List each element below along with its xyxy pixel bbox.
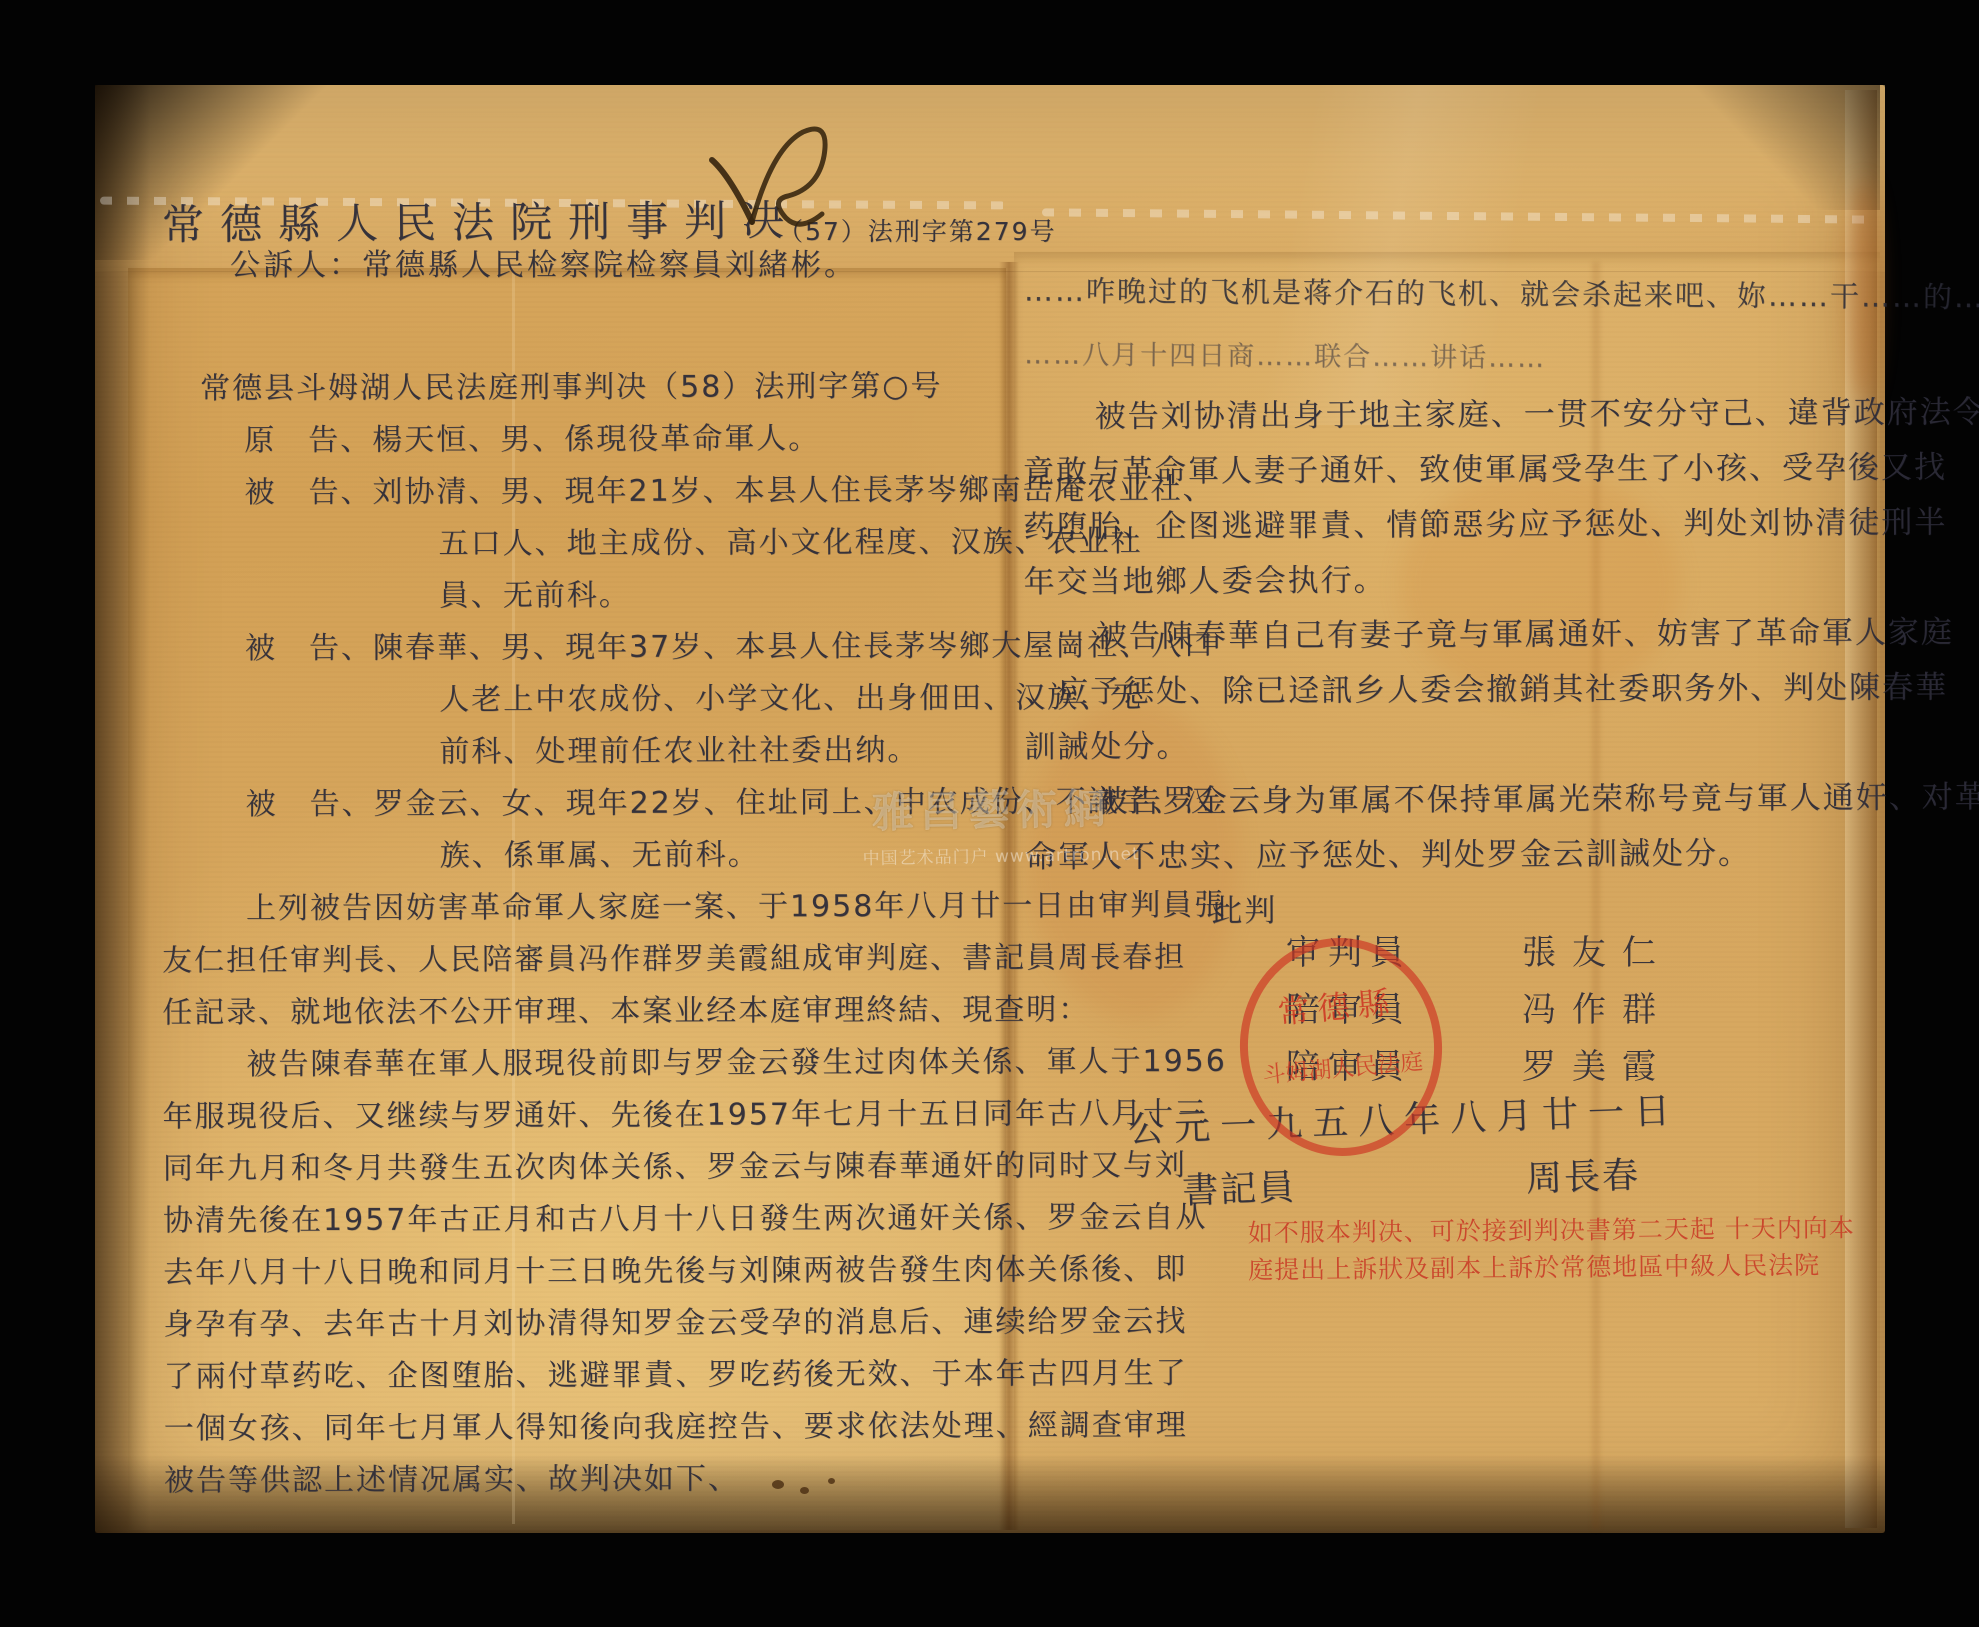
right-page-body: 被告刘协清出身于地主家庭、一贯不安分守己、違背政府法令、 竟敢与革命軍人妻子通奸…: [1023, 386, 1886, 940]
signature-name: 冯作群: [1522, 982, 1672, 1039]
handwritten-line: 訓誡处分。: [1024, 716, 1884, 776]
handwritten-line: 药堕胎、企图逃避罪責、情節惡劣应予惩处、判处刘协清徒刑半: [1023, 496, 1883, 556]
handwritten-line: 常德县斗姆湖人民法庭刑事判决（58）法刑字第○号: [160, 360, 1022, 415]
handwritten-line: 身孕有孕、去年古十月刘协清得知罗金云受孕的消息后、連续给罗金云找: [163, 1296, 1025, 1351]
seal-court-text: 斗姆湖人民法庭: [1225, 1040, 1461, 1093]
handwritten-line: 被 告、陳春華、男、現年37岁、本县人住長茅岑鄉大屋崗社、八口: [161, 620, 1023, 675]
plastic-sleeve-glare: [900, 85, 1880, 425]
appeal-notice-stamp: 如不服本判决、可於接到判决書第二天起 十天内向本 庭提出上訴狀及副本上訴於常德地…: [1248, 1209, 1849, 1288]
handwritten-line: 員、无前科。: [161, 568, 1023, 623]
watermark-url: 中国艺术品门户 www.artron.net: [862, 840, 1122, 870]
signature-name: 張友仁: [1522, 925, 1672, 982]
handwritten-line: 五口人、地主成份、高小文化程度、汉族、农业社: [161, 516, 1023, 571]
handwritten-line: 前科、处理前任农业社社委出纳。: [161, 724, 1023, 779]
handwritten-line: 人老上中农成份、小学文化、出身佃田、汉族、无: [161, 672, 1023, 727]
handwritten-line: 被 告、刘协清、男、現年21岁、本县人住長茅岑鄉南岳庵农业社、: [160, 464, 1022, 519]
handwritten-line: 被告等供認上述情况属实、故判决如下、: [164, 1452, 1026, 1507]
ink-check-mark: [700, 118, 880, 248]
watermark-brand: 雅昌藝術網: [861, 776, 1122, 841]
sleeve-underlay-line: ……咋晚过的飞机是蒋介石的飞机、就会杀起来吧、妳……干……的……: [1024, 269, 1979, 317]
handwritten-line: 协清先後在1957年古正月和古八月十八日發生两次通奸关係、罗金云自从: [163, 1192, 1025, 1247]
left-page-body: 常德县斗姆湖人民法庭刑事判决（58）法刑字第○号 原 告、楊天恒、男、係現役革命…: [160, 360, 1026, 1507]
handwritten-line: 去年八月十八日晚和同月十三日晚先後与刘陳两被告發生肉体关係後、即: [163, 1244, 1025, 1299]
document-photo: 常德縣人民法院刑事判决 （57）法刑字第279号 公訴人：常德縣人民检察院检察員…: [0, 0, 1979, 1627]
seal-county-text: 常德縣: [1243, 974, 1432, 1036]
handwritten-line: 原 告、楊天恒、男、係現役革命軍人。: [160, 412, 1022, 467]
handwritten-line: 被告刘协清出身于地主家庭、一贯不安分守己、違背政府法令、: [1023, 386, 1883, 446]
handwritten-line: 竟敢与革命軍人妻子通奸、致使軍属受孕生了小孩、受孕後又找: [1023, 441, 1883, 501]
handwritten-line: 被告罗金云身为軍属不保持軍属光荣称号竟与軍人通奸、对革: [1025, 771, 1885, 831]
clerk-name: 周長春: [1525, 1147, 1641, 1202]
handwritten-line: 年交当地鄉人委会执行。: [1023, 551, 1883, 611]
handwritten-line: 、应予惩处、除已迳訊乡人委会撤銷其社委职务外、判处陳春華: [1024, 661, 1884, 721]
handwritten-line: 一個女孩、同年七月軍人得知後向我庭控告、要求依法处理、經調查审理: [164, 1400, 1026, 1455]
handwritten-line: 命軍人不忠实、应予惩处、判处罗金云訓誡处分。: [1025, 826, 1885, 886]
handwritten-line: 年服現役后、又继续与罗通奸、先後在1957年七月十五日同年古八月十三: [163, 1088, 1025, 1143]
handwritten-line: 任記录、就地依法不公开审理、本案业经本庭审理終結、現查明：: [162, 984, 1024, 1039]
artron-watermark: 雅昌藝術網 中国艺术品门户 www.artron.net: [861, 776, 1123, 870]
handwritten-line: 被告陳春華自己有妻子竟与軍属通奸、妨害了革命軍人家庭: [1024, 606, 1884, 666]
stamp-line: 如不服本判决、可於接到判决書第二天起 十天内向本: [1248, 1209, 1848, 1251]
clerk-role: 書記員: [1181, 1159, 1297, 1214]
photo-edge-shadow: [95, 85, 150, 1533]
handwritten-line: 同年九月和冬月共發生五次肉体关係、罗金云与陳春華通奸的同时又与刘: [163, 1140, 1025, 1195]
handwritten-line: 友仁担任审判長、人民陪審員冯作群罗美霞組成审判庭、書記員周長春担: [162, 932, 1024, 987]
handwritten-line: 了兩付草药吃、企图堕胎、逃避罪責、罗吃药後无效、于本年古四月生了: [163, 1348, 1025, 1403]
handwritten-line: 被告陳春華在軍人服現役前即与罗金云發生过肉体关係、軍人于1956: [162, 1036, 1024, 1091]
stamp-line: 庭提出上訴狀及副本上訴於常德地區中級人民法院: [1248, 1246, 1848, 1288]
clerk-gap: [1295, 1151, 1527, 1210]
handwritten-line: 上列被告因妨害革命軍人家庭一案、于1958年八月廿一日由审判員張: [162, 880, 1024, 935]
sleeve-underlay-line: ……八月十四日商……联合……讲话……: [1024, 332, 1546, 375]
